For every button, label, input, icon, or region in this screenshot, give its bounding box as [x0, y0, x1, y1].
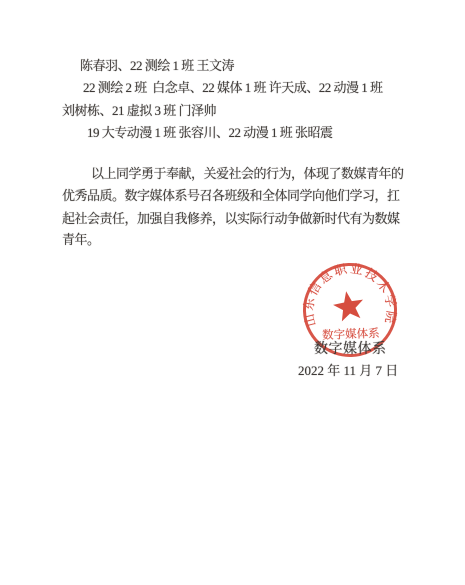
doc-line-6: 优秀品质。数字媒体系号召各班级和全体同学向他们学习，扛: [62, 189, 400, 202]
doc-line-8: 青年。: [62, 233, 100, 246]
seal-arc-text: 山东信息职业技术学院: [300, 260, 399, 328]
doc-line-4: 19 大专动漫 1 班 张容川、22 动漫 1 班 张昭震: [87, 126, 333, 139]
svg-text:山东信息职业技术学院: 山东信息职业技术学院: [300, 260, 399, 328]
doc-line-7: 起社会责任，加强自我修养，以实际行动争做新时代有为数媒: [62, 212, 400, 225]
doc-line-5: 以上同学勇于奉献，关爱社会的行为，体现了数媒青年的: [91, 167, 404, 180]
doc-line-3: 刘树栋、21 虚拟 3 班 门泽帅: [62, 104, 216, 117]
star-icon: [331, 289, 366, 323]
document-page: 陈春羽、22 测绘 1 班 王文涛 22 测绘 2 班 白念卓、22 媒体 1 …: [0, 0, 465, 585]
doc-line-1: 陈春羽、22 测绘 1 班 王文涛: [80, 59, 234, 72]
doc-line-2: 22 测绘 2 班 白念卓、22 媒体 1 班 许天成、22 动漫 1 班: [83, 81, 383, 94]
date-text: 2022 年 11 月 7 日: [298, 360, 398, 379]
signature-text: 数字媒体系: [314, 338, 387, 358]
